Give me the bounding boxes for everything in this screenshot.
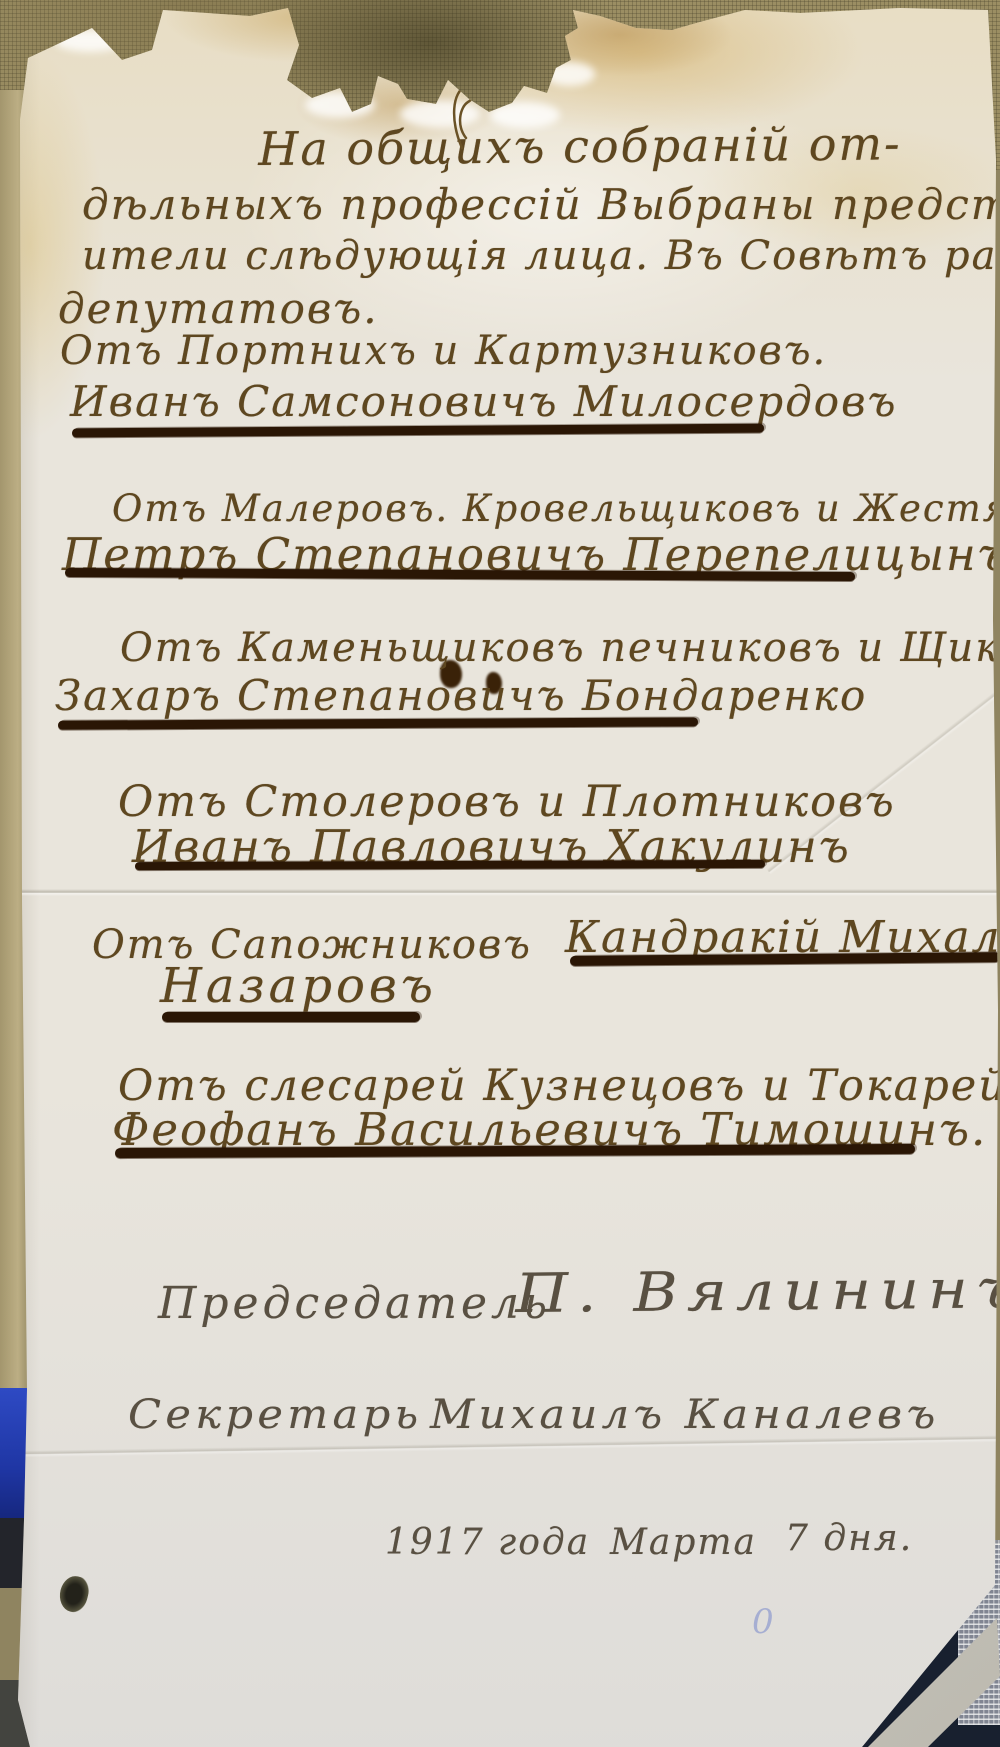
pencil-mark: 0: [752, 1602, 776, 1642]
section-group-label: Отъ Малеровъ. Кровельщиковъ и Жестяников…: [112, 487, 1000, 530]
chairman-label: Председатель: [158, 1278, 551, 1329]
photographed-document: На общихъ собраній от- дѣльныхъ профессі…: [0, 0, 1000, 1747]
delegate-name: Иванъ Самсоновичъ Милосердовъ: [70, 377, 898, 426]
dark-edge-upper: [0, 1518, 24, 1588]
heading-line-1: На общихъ собраній от-: [258, 116, 902, 176]
heading-line-3: ители слѣдующія лица. Въ Совѣтъ рабочихъ: [82, 233, 1000, 279]
secretary-label: Секретарь: [128, 1392, 422, 1438]
heading-line-4: депутатовъ.: [58, 284, 379, 333]
section-group-label: Отъ Каменьщиковъ печниковъ и Щикатуръ: [120, 625, 1000, 671]
section-group-label: Отъ Портнихъ и Картузниковъ.: [60, 328, 827, 374]
secretary-name: Михаилъ Каналевъ: [430, 1392, 940, 1438]
date-month: Марта: [610, 1522, 757, 1563]
date-day: 7 дня.: [785, 1518, 913, 1559]
delegate-name: Захаръ Степановичъ Бондаренко: [55, 671, 867, 720]
heading-line-2: дѣльныхъ профессій Выбраны представ-: [82, 180, 1000, 229]
ink-underline: [58, 717, 698, 729]
date-year: 1917 года: [385, 1522, 590, 1563]
fold-crease: [0, 889, 1000, 896]
chairman-signature: П. Вялининъ: [515, 1257, 1000, 1325]
delegate-name-continued: Назаровъ: [160, 958, 437, 1014]
paper-hole: [56, 1573, 92, 1615]
fold-crease: [0, 1435, 1000, 1458]
ink-underline: [162, 1012, 420, 1022]
paper-sheet: На общихъ собраній от- дѣльныхъ профессі…: [0, 0, 1000, 1747]
blue-book-edge: [0, 1388, 28, 1522]
